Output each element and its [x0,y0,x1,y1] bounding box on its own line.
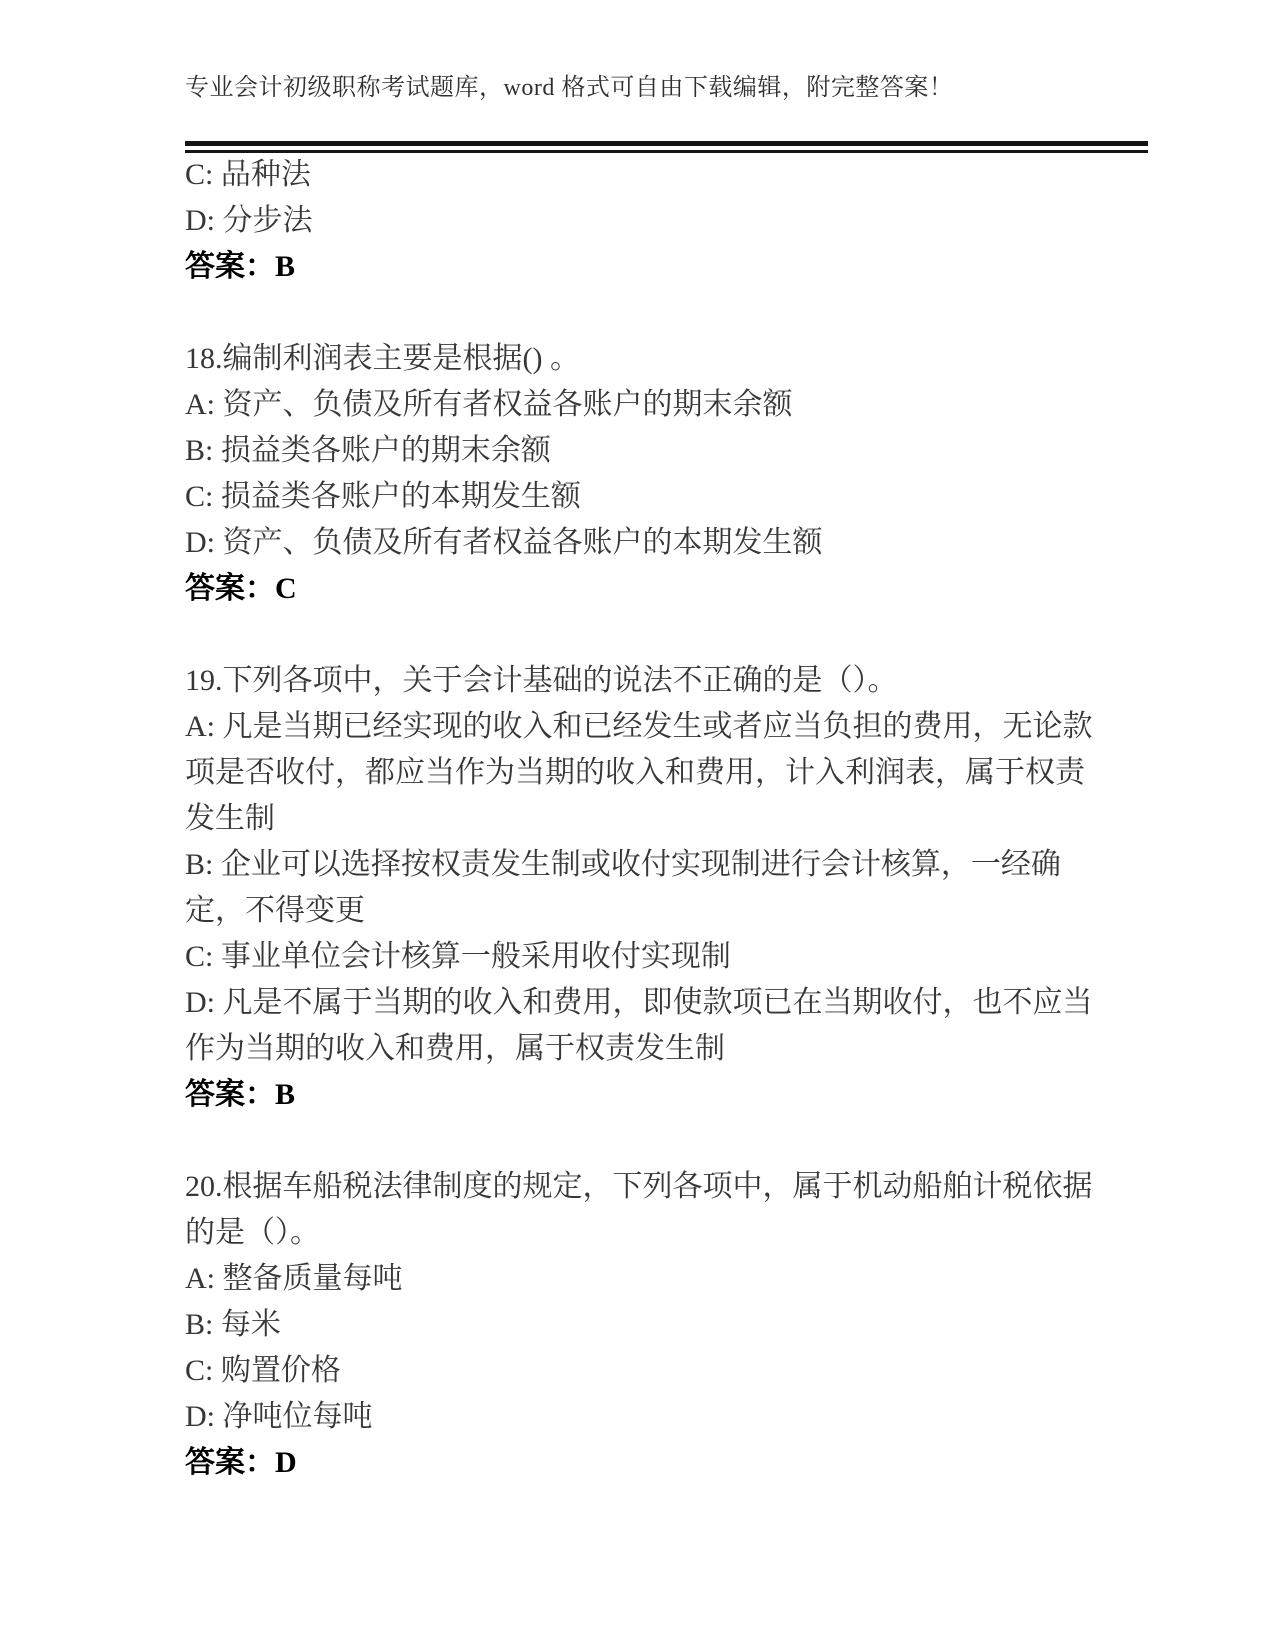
option-line: D: 资产、负债及所有者权益各账户的本期发生额 [185,520,1097,566]
option-line: C: 事业单位会计核算一般采用收付实现制 [185,934,1097,980]
option-line: A: 整备质量每吨 [185,1256,1097,1302]
option-line: C: 品种法 [185,152,1097,198]
question-stem: 19.下列各项中，关于会计基础的说法不正确的是（）。 [185,658,1097,704]
answer-line: 答案：C [185,566,1097,612]
answer-line: 答案：D [185,1440,1097,1486]
question-block-19: 19.下列各项中，关于会计基础的说法不正确的是（）。 A: 凡是当期已经实现的收… [185,658,1097,1118]
option-line: D: 凡是不属于当期的收入和费用，即使款项已在当期收付，也不应当作为当期的收入和… [185,980,1097,1072]
question-block-18: 18.编制利润表主要是根据() 。 A: 资产、负债及所有者权益各账户的期末余额… [185,336,1097,612]
option-line: A: 资产、负债及所有者权益各账户的期末余额 [185,382,1097,428]
question-block-17-continuation: C: 品种法 D: 分步法 答案：B [185,152,1097,290]
option-line: C: 购置价格 [185,1348,1097,1394]
question-stem: 20.根据车船税法律制度的规定，下列各项中，属于机动船舶计税依据的是（）。 [185,1164,1097,1256]
document-body: C: 品种法 D: 分步法 答案：B 18.编制利润表主要是根据() 。 A: … [185,152,1097,1486]
document-page: 专业会计初级职称考试题库，word 格式可自由下载编辑，附完整答案！ C: 品种… [0,0,1275,1650]
option-line: D: 净吨位每吨 [185,1394,1097,1440]
answer-line: 答案：B [185,1072,1097,1118]
option-line: D: 分步法 [185,198,1097,244]
option-line: B: 企业可以选择按权责发生制或收付实现制进行会计核算，一经确定，不得变更 [185,842,1097,934]
question-stem: 18.编制利润表主要是根据() 。 [185,336,1097,382]
option-line: B: 每米 [185,1302,1097,1348]
option-line: A: 凡是当期已经实现的收入和已经发生或者应当负担的费用，无论款项是否收付，都应… [185,704,1097,842]
question-block-20: 20.根据车船税法律制度的规定，下列各项中，属于机动船舶计税依据的是（）。 A:… [185,1164,1097,1486]
answer-line: 答案：B [185,244,1097,290]
header-title: 专业会计初级职称考试题库，word 格式可自由下载编辑，附完整答案！ [185,72,953,104]
option-line: B: 损益类各账户的期末余额 [185,428,1097,474]
option-line: C: 损益类各账户的本期发生额 [185,474,1097,520]
